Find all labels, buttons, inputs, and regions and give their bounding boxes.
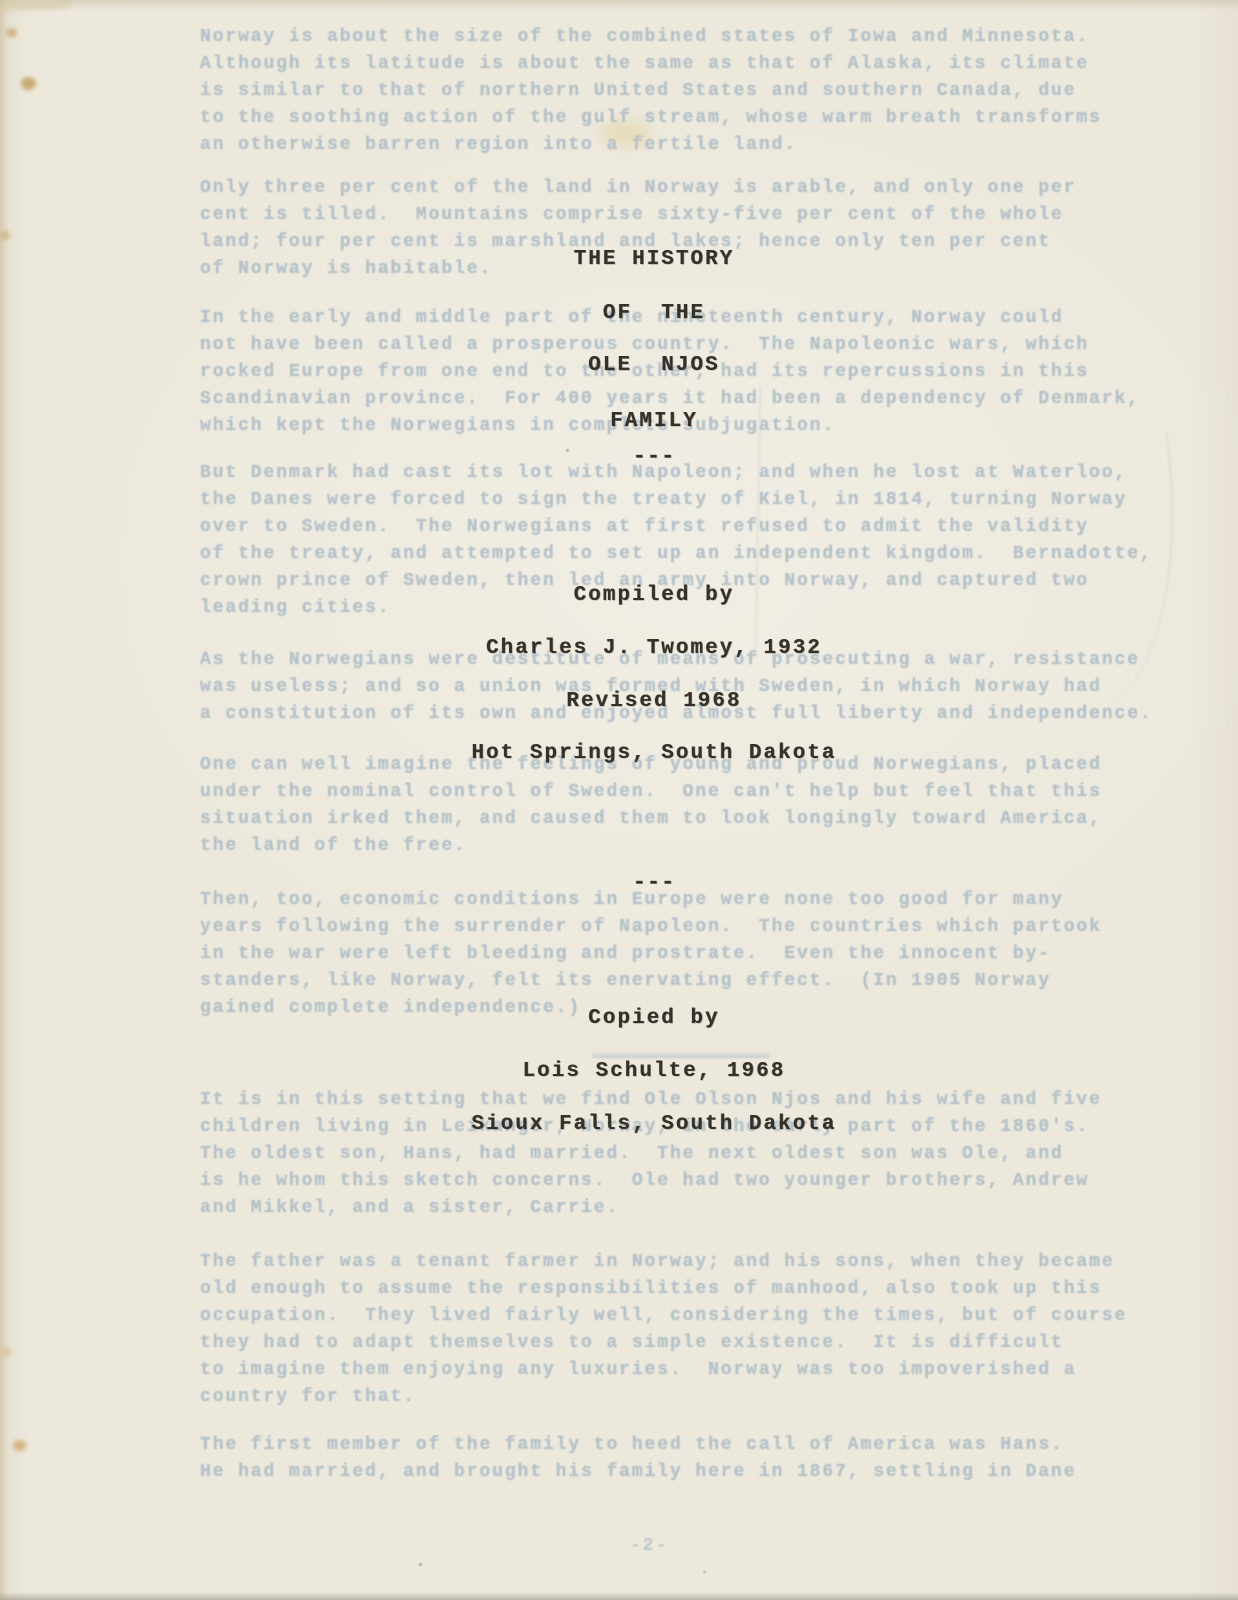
- compiler-location: Hot Springs, South Dakota: [471, 740, 836, 768]
- scanned-document-page: Norway is about the size of the combined…: [0, 0, 1238, 1600]
- document-title-line-3: OLE NJOS: [588, 352, 719, 380]
- bleed-underlined-heading: [592, 1040, 770, 1058]
- document-title-line-1: THE HISTORY: [574, 246, 735, 274]
- document-title-line-2: OF THE: [603, 300, 705, 328]
- fox-stain: [0, 231, 10, 240]
- scan-top-edge: [0, 0, 1238, 10]
- compiler-name-year: Charles J. Twomey, 1932: [486, 635, 822, 663]
- bleed-paragraph: It is in this setting that we find Ole O…: [200, 1087, 1190, 1222]
- bleed-paragraph: The first member of the family to heed t…: [200, 1432, 1190, 1486]
- ink-speck: [566, 449, 569, 452]
- fox-stain: [13, 1440, 26, 1451]
- scan-bottom-edge: [0, 1592, 1238, 1600]
- copier-location: Sioux Falls, South Dakota: [471, 1111, 836, 1139]
- fox-stain: [6, 28, 17, 37]
- ink-speck: [419, 1563, 422, 1566]
- bleed-paragraph: Norway is about the size of the combined…: [200, 24, 1190, 159]
- typed-separator: ---: [633, 869, 676, 897]
- copied-by-heading: Copied by: [588, 1005, 719, 1033]
- bleed-paragraph: Then, too, economic conditions in Europe…: [200, 887, 1190, 1022]
- copier-name-year: Lois Schulte, 1968: [523, 1058, 786, 1086]
- fox-stain: [21, 77, 36, 90]
- fox-stain: [2, 1348, 11, 1356]
- bleed-paragraph: The father was a tenant farmer in Norway…: [200, 1249, 1190, 1411]
- bleed-page-number: -2-: [630, 1536, 668, 1556]
- bleed-paragraph: One can well imagine the feelings of you…: [200, 752, 1190, 860]
- revised-year: Revised 1968: [566, 688, 741, 716]
- compiled-by-heading: Compiled by: [574, 582, 735, 610]
- document-title-line-4: FAMILY: [610, 408, 698, 436]
- typed-separator: ---: [633, 443, 676, 471]
- ink-speck: [703, 1571, 706, 1573]
